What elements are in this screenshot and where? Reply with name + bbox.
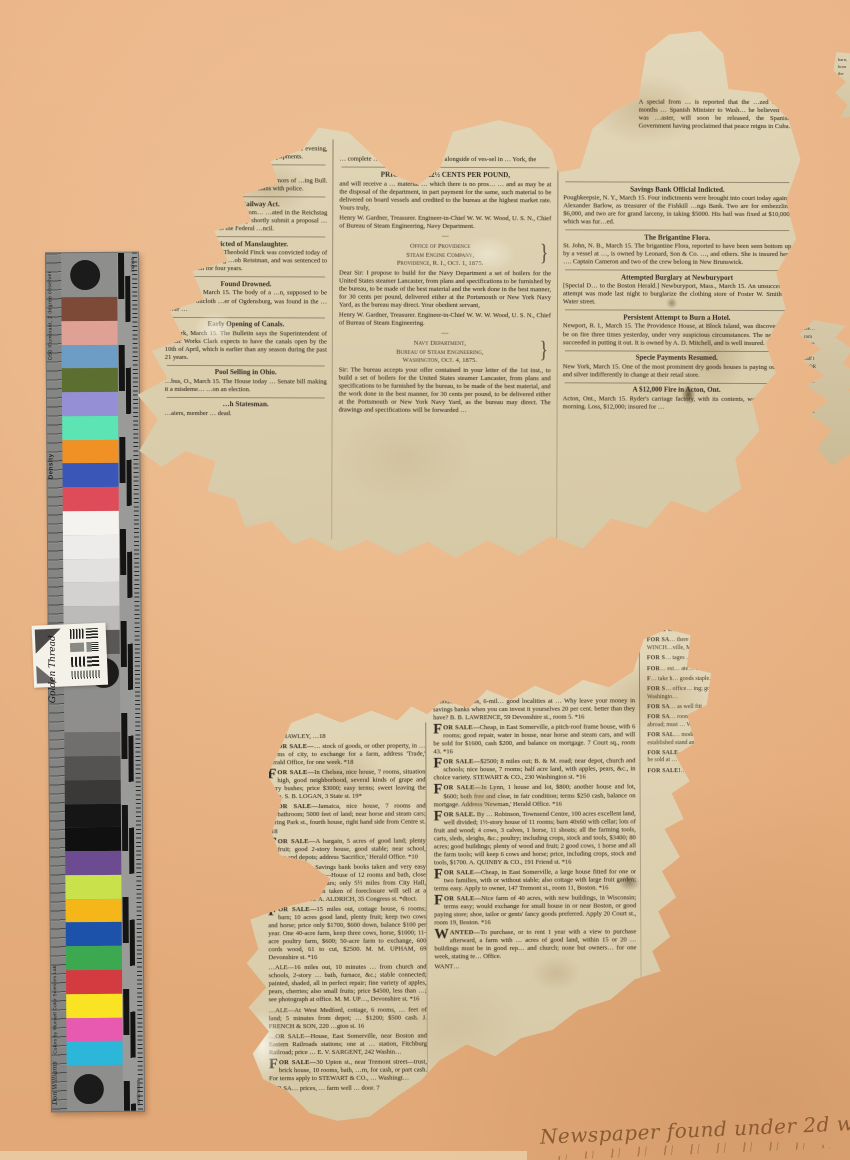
- brace-glyph: }: [540, 336, 548, 365]
- article-body: Sir: The bureau accepts your offer conta…: [339, 367, 551, 416]
- article: Office of ProvidenceSteam Engine Company…: [339, 243, 551, 268]
- drop-cap: F: [434, 811, 443, 822]
- article-body: St. John, N. B., March 15. The brigantin…: [563, 242, 791, 267]
- article-body: Henry W. Gardner, Treasurer. Engineer-in…: [339, 215, 551, 232]
- news-column-right: Savings Bank Official Indicted.Poughkeep…: [563, 178, 792, 414]
- text-fragment: price: [804, 371, 850, 379]
- newspaper-fragment-sliver: Ge…romris sein behalf t—ORpriceWa…Fboun……: [792, 320, 850, 466]
- ad-lead: OR SALE—: [443, 785, 481, 792]
- article: Specie Payments Resumed.New York, March …: [563, 350, 791, 380]
- article: Attempted Burglary at Newburyport[Specia…: [563, 270, 791, 308]
- text-fragment: the: [838, 70, 850, 77]
- article-body: FOR SA… prices, … farm well … door. 7: [269, 1084, 427, 1093]
- registration-dot-bottom: [74, 1074, 104, 1104]
- ad-lead: OR SALE—: [278, 906, 317, 913]
- color-swatch: [61, 297, 118, 321]
- article-body: FOR SALE—Nice farm of 40 acres, with new…: [434, 894, 636, 927]
- color-calibration-ruler: D50 Illuminant, 2 degree observer Densit…: [45, 252, 145, 1113]
- text-fragment: rom: [804, 334, 850, 342]
- article: …OR SALE—House, East Somerville, near Bo…: [269, 1032, 427, 1057]
- section-dash: —: [339, 233, 551, 241]
- dateline-block: Office of ProvidenceSteam Engine Company…: [339, 243, 541, 268]
- color-swatch: [66, 922, 123, 946]
- drop-cap: F: [434, 785, 443, 796]
- ruler-illuminant-label: D50 Illuminant, 2 degree observer: [47, 271, 54, 360]
- resolution-target: [32, 622, 109, 687]
- text-fragment: Ge…: [804, 326, 850, 334]
- article: WANT…: [434, 963, 636, 972]
- article: FOR SA… prices, … farm well … door. 7: [269, 1084, 427, 1093]
- article: —: [339, 233, 551, 241]
- color-swatch: [65, 827, 122, 851]
- ad-lead: OR SALE—: [277, 769, 314, 776]
- color-swatch: [66, 970, 123, 994]
- article-body: FOR SALE—Cheap, in East Somerville, a pi…: [433, 723, 635, 756]
- color-swatch: [65, 756, 122, 780]
- color-swatch: [63, 582, 120, 606]
- article-headline: PRICE TO BE 22½ CENTS PER POUND,: [341, 167, 549, 180]
- text-fragment: F: [804, 386, 850, 394]
- text-fragment: half t: [804, 356, 850, 364]
- text-fragment: hom: [838, 63, 850, 70]
- article: The Brigantine Flora.St. John, N. B., Ma…: [563, 229, 791, 267]
- newspaper-fragment-bottom: R. A. HAWLEY, …18FOR SALE—… stock of goo…: [227, 621, 795, 1126]
- newspaper-fragment-bit: barn,homthe: [830, 52, 850, 118]
- classified-ad: FOR SALE—Nice farm of 40 acres, with new…: [434, 894, 636, 927]
- classified-ad: FOR SALE—$2500; 8 miles out; B. & M. roa…: [433, 758, 635, 783]
- color-swatch: [67, 1041, 124, 1065]
- color-swatch: [65, 851, 122, 875]
- article: Found Drowned.Ottawa, Ont., March 15. Th…: [165, 276, 327, 314]
- column-rule: [639, 629, 642, 981]
- article: …ALE—At West Medford, cottage, 6 rooms, …: [269, 1006, 427, 1031]
- article-body: WANT…: [434, 963, 636, 972]
- news-column-middle: … complete …ost convenient for …red alon…: [339, 156, 552, 418]
- article-headline: Attempted Burglary at Newburyport: [565, 270, 789, 283]
- ad-lead: FOR: [647, 666, 660, 672]
- ad-lead: FOR SA: [647, 704, 670, 710]
- ad-lead: OR SALE—: [443, 758, 480, 765]
- article: A special from … is reported that the …z…: [639, 99, 791, 132]
- brace-glyph: }: [540, 239, 548, 268]
- color-swatch: [62, 344, 119, 368]
- article-headline: The Brigantine Flora.: [565, 230, 789, 243]
- text-fragment: …nder: [679, 37, 779, 46]
- article-body: Newport, R. I., March 15. The Providence…: [563, 323, 791, 348]
- ad-lead: FOR SA: [647, 715, 670, 721]
- color-swatch: [62, 463, 119, 487]
- article-body: FOR SALE—… stock of goods, or other prop…: [267, 742, 425, 767]
- classified-ad: FOR SALE—Cheap, in East Somerville, a la…: [434, 868, 636, 893]
- ad-lead: FOR SA: [647, 638, 670, 644]
- drop-cap: F: [268, 838, 277, 849]
- article-body: FOR SALE. By … Robinson, Townsend Centre…: [434, 810, 636, 867]
- ad-lead: OR SALE—: [279, 1059, 317, 1066]
- article: A $12,000 Fire in Acton, Ont.Acton, Ont.…: [563, 382, 791, 412]
- classified-ad: FOR SALE—30 Upton st., near Tremont stre…: [269, 1058, 427, 1083]
- article-headline: Specie Payments Resumed.: [565, 350, 789, 363]
- article-body: …March 15. The Minister of Com… …ated in…: [165, 209, 327, 234]
- article-body: FOR SALE—15 miles out, cottage house, 6 …: [268, 905, 426, 962]
- classified-ad-fragment: F… take h… goods staple… you'll like i…: [647, 675, 773, 683]
- article-body: …ALE—16 miles out, 10 minutes … from chu…: [268, 964, 426, 1005]
- drop-cap: F: [434, 869, 443, 880]
- article: Persistent Attempt to Burn a Hotel.Newpo…: [563, 310, 791, 348]
- color-swatch: [64, 708, 121, 732]
- article-body: and will receive a … material … which th…: [339, 181, 551, 214]
- article: …ALE—16 miles out, 10 minutes … from chu…: [268, 964, 426, 1005]
- article-body: …house 9 rooms, 6-mil… good localities a…: [433, 697, 635, 722]
- classified-ad: FOR SALE—Cheap, in East Somerville, a pi…: [433, 723, 635, 756]
- article-headline: Found Drowned.: [167, 276, 325, 289]
- ad-lead: OR SALE—: [278, 838, 316, 845]
- color-swatch: [66, 946, 123, 970]
- text-fragment: …e cause.: [679, 71, 779, 80]
- ad-lead: OR SALE—: [444, 895, 481, 902]
- ad-lead: SON & CO., 2 9.: [647, 627, 692, 633]
- drop-cap: F: [268, 906, 277, 917]
- article-body: …rch 15. A special from …ere are new rum…: [165, 177, 327, 194]
- article: … complete …ost convenient for …red alon…: [339, 156, 551, 165]
- classified-ad-fragment: FOR S… tages … stock, ho… st., Bas…: [647, 655, 773, 663]
- text-fragment: in be: [804, 349, 850, 357]
- dateline-block: Navy Department,Bureau of Steam Engineer…: [339, 340, 541, 365]
- registration-dot-top: [70, 260, 100, 290]
- color-swatch: [63, 535, 120, 559]
- article-headline: Pool Selling in Ohio.: [167, 365, 325, 378]
- text-fragment: ris se: [804, 341, 850, 349]
- color-swatch: [61, 321, 118, 345]
- ad-lead: F: [647, 676, 651, 682]
- text-fragment: …s of 2): [679, 62, 779, 71]
- color-swatch: [65, 875, 122, 899]
- news-column-left: …arch 15. …chet. …rd Companies I s… …ent…: [165, 145, 328, 421]
- article: …house 9 rooms, 6-mil… good localities a…: [433, 697, 635, 722]
- ad-lead: FOR SAL: [647, 732, 674, 738]
- article-body: …arch 15. …chet. …rd Companies I s… …ent…: [165, 145, 327, 162]
- drop-cap: F: [269, 1059, 278, 1070]
- article: Navy Department,Bureau of Steam Engineer…: [339, 340, 551, 365]
- photo-bottom-edge: [0, 1151, 527, 1160]
- article-body: FOR SALE—30 Upton st., near Tremont stre…: [269, 1058, 427, 1083]
- ad-lead: FOR SALE!: [647, 768, 680, 774]
- article-headline: …g Bull.: [167, 164, 325, 177]
- article: Henry W. Gardner, Treasurer. Engineer-in…: [339, 312, 551, 329]
- article: …h Statesman.…aiers, member … dead.: [165, 397, 327, 419]
- article-body: Poughkeepsie, N. Y., March 15. Four indi…: [563, 194, 791, 227]
- color-swatch: [66, 1017, 123, 1041]
- article-headline: Persistent Attempt to Burn a Hotel.: [565, 310, 789, 323]
- article-body: New York, March 15. One of the most prom…: [563, 363, 791, 380]
- color-swatch: [64, 732, 121, 756]
- article: Convicted of Manslaughter.New York, Marc…: [165, 236, 327, 274]
- classified-ad-fragment: FOR SALE!… good sit… low. A… o'cho…: [647, 767, 773, 775]
- drop-cap: W: [434, 930, 449, 941]
- classified-ad-fragment: FOR SALE—$3… location; rooms all… rent; …: [647, 749, 773, 764]
- article-body: A special from … is reported that the …z…: [639, 99, 791, 132]
- text-fragment: the th: [804, 401, 850, 409]
- article: and will receive a … material … which th…: [339, 181, 551, 214]
- article: Dear Sir: I propose to build for the Nav…: [339, 270, 551, 311]
- color-swatch: [63, 511, 120, 535]
- article-body: FOR SALE—A bargain, 5 acres of good land…: [268, 837, 426, 862]
- color-swatch: [62, 368, 119, 392]
- ad-lead: OR SALE—: [278, 864, 315, 871]
- drop-cap: F: [433, 759, 442, 770]
- ruler-centimeters-label: centimeters: [136, 1080, 142, 1106]
- article-body: FOR SALE—Cheap, in East Somerville, a la…: [434, 868, 636, 893]
- text-fragment: barn,: [838, 56, 850, 63]
- color-swatch: [65, 780, 122, 804]
- color-swatch: [62, 440, 119, 464]
- classified-ad-fragment: FOR SA… there is. I… store; on m… H. F. …: [647, 637, 773, 652]
- article-body: WANTED—To purchase, or to rent 1 year wi…: [434, 929, 636, 962]
- ad-lead: ANTED—: [450, 929, 481, 936]
- article-body: New York, March 15. Theobold Finck was c…: [165, 249, 327, 274]
- article: Savings Bank Official Indicted.Poughkeep…: [563, 181, 791, 227]
- classifieds-column-left: R. A. HAWLEY, …18FOR SALE—… stock of goo…: [267, 732, 427, 1095]
- text-fragment: …fall-: [679, 45, 779, 54]
- ad-lead: OR SALE.: [444, 811, 476, 818]
- ad-lead: OR SALE—: [444, 869, 481, 876]
- article-body: …aiers, member … dead.: [165, 410, 327, 419]
- text-fragment: room: [804, 409, 850, 417]
- article: Henry W. Gardner, Treasurer. Engineer-in…: [339, 215, 551, 232]
- drop-cap: F: [434, 895, 443, 906]
- color-swatch: [62, 416, 119, 440]
- drop-cap: F: [267, 743, 276, 754]
- classified-ad-fragment: FOR SA… as well fitt…ing business, s…: [647, 704, 773, 712]
- classified-ad: FOR SALE—In Chelsea, nice house, 7 rooms…: [267, 769, 425, 802]
- article-body: R. A. HAWLEY, …18: [267, 732, 425, 741]
- article-headline: Savings Bank Official Indicted.: [565, 181, 789, 194]
- archival-photo: D50 Illuminant, 2 degree observer Densit…: [0, 0, 850, 1160]
- text-fragment: …of the: [679, 54, 779, 63]
- article-body: Dear Sir: I propose to build for the Nav…: [339, 270, 551, 311]
- dateline-line: Providence, R. I., Oct. 1, 1875.: [339, 259, 541, 268]
- color-swatch: [63, 487, 120, 511]
- classified-ad: FOR SALE—Savings bank books taken and ve…: [268, 863, 426, 904]
- classified-ad-fragment: FOR SA… rooms, furn… regular custome… ab…: [647, 714, 773, 729]
- ruler-signature: Don Williams: [51, 1062, 59, 1106]
- classified-ad: FOR SALE—15 miles out, cottage house, 6 …: [268, 905, 426, 962]
- color-swatch: [66, 898, 123, 922]
- column-rule: [556, 168, 558, 540]
- ruler-brand-label: Golden Thread: [48, 635, 58, 703]
- classifieds-column-middle: …house 9 rooms, 6-mil… good localities a…: [433, 697, 636, 974]
- article: Early Opening of Canals.… York, March 15…: [165, 317, 327, 363]
- newspaper-fragment-top: …nder…fall-…of the…s of 2)…e cause. A sp…: [132, 27, 816, 567]
- article-body: [Special D… to the Boston Herald.] Newbu…: [563, 283, 791, 308]
- classified-ad: FOR SALE—… stock of goods, or other prop…: [267, 742, 425, 767]
- drop-cap: F: [433, 724, 442, 735]
- classified-ad: FOR SALE. By … Robinson, Townsend Centre…: [434, 810, 636, 867]
- classified-ad-fragment: FOR… est… ate… of…: [647, 665, 773, 673]
- text-fragment: boun…: [804, 394, 850, 402]
- color-swatch: [62, 392, 119, 416]
- article-body: …ALE—At West Medford, cottage, 6 rooms, …: [269, 1006, 427, 1031]
- color-swatch: [66, 994, 123, 1018]
- ad-lead: FOR S: [647, 655, 665, 661]
- classified-ad: WANTED—To purchase, or to rent 1 year wi…: [434, 929, 636, 962]
- dateline-line: Washington, Oct. 4, 1875.: [339, 356, 541, 365]
- article-headline: Imperial Railway Act.: [167, 196, 325, 209]
- article-headline: Early Opening of Canals.: [167, 317, 325, 330]
- article-body: … complete …ost convenient for …red alon…: [339, 156, 551, 165]
- section-dash: —: [339, 330, 551, 338]
- torn-corner-text: …nder…fall-…of the…s of 2)…e cause.: [679, 37, 779, 80]
- text-fragment: Wa…: [804, 379, 850, 387]
- text-fragment: —OR: [804, 364, 850, 372]
- article-body: FOR SALE—Savings bank books taken and ve…: [268, 863, 426, 904]
- classified-ad-fragment: SON & CO., 2 9.*16: [647, 627, 773, 635]
- classified-ad: FOR SALE—Jamaica, nice house, 7 rooms an…: [268, 803, 426, 836]
- article: …arch 15. …chet. …rd Companies I s… …ent…: [165, 145, 327, 162]
- ruler-density-label: Density: [48, 453, 54, 479]
- article-body: FOR SALE—In Lynn, 1 house and lot, $800;…: [434, 784, 636, 809]
- article-headline: …h Statesman.: [167, 397, 325, 410]
- article-body: Ottawa, Ont., March 15. The body of a …n…: [165, 289, 327, 314]
- classified-ad: FOR SALE—In Lynn, 1 house and lot, $800;…: [434, 784, 636, 809]
- article-body: FOR SALE—Jamaica, nice house, 7 rooms an…: [268, 803, 426, 836]
- classifieds-column-right: SON & CO., 2 9.*16FOR SA… there is. I… s…: [647, 627, 774, 779]
- article: Sir: The bureau accepts your offer conta…: [339, 367, 551, 416]
- classified-ad-fragment: FOR SAL… modern built, first-cl… old-est…: [647, 732, 773, 747]
- article: PRICE TO BE 22½ CENTS PER POUND,: [339, 167, 551, 180]
- ruler-munsell-label: Colors by Munsell Color Sciences Lab: [52, 965, 58, 1053]
- classified-ad-fragment: FOR S… office… ing; good… only $200… Was…: [647, 686, 773, 701]
- handwritten-annotation: Newspaper found under 2d wall: [539, 1111, 850, 1160]
- column-rule: [331, 140, 333, 540]
- article-headline: Convicted of Manslaughter.: [167, 236, 325, 249]
- resolution-bars-icon: [70, 628, 102, 681]
- color-swatch: [65, 803, 122, 827]
- ad-lead: FOR SALE: [647, 750, 678, 756]
- article-body: …OR SALE—House, East Somerville, near Bo…: [269, 1032, 427, 1057]
- article-body: …bus, O., March 15. The House today … Se…: [165, 378, 327, 395]
- ad-lead: OR SALE—: [443, 724, 480, 731]
- article-body: Acton, Ont., March 15. Ryder's carriage …: [563, 395, 791, 412]
- article-body: … York, March 15. The Bulletin says the …: [165, 330, 327, 363]
- article: Imperial Railway Act.…March 15. The Mini…: [165, 196, 327, 234]
- article: —: [339, 330, 551, 338]
- ad-lead: FOR S: [647, 686, 665, 692]
- drop-cap: F: [268, 864, 277, 875]
- news-column-extension: A special from … is reported that the …z…: [639, 99, 791, 134]
- drop-cap: F: [268, 804, 277, 815]
- classified-ad: FOR SALE—A bargain, 5 acres of good land…: [268, 837, 426, 862]
- drop-cap: F: [267, 769, 276, 780]
- article-body: Henry W. Gardner, Treasurer. Engineer-in…: [339, 312, 551, 329]
- ad-lead: OR SALE—: [277, 803, 318, 810]
- color-swatch: [63, 558, 120, 582]
- article-body: FOR SALE—In Chelsea, nice house, 7 rooms…: [267, 769, 425, 802]
- ad-lead: OR SALE—: [277, 743, 314, 750]
- article: Pool Selling in Ohio.…bus, O., March 15.…: [165, 365, 327, 395]
- article-headline: A $12,000 Fire in Acton, Ont.: [565, 382, 789, 395]
- article-body: FOR SALE—$2500; 8 miles out; B. & M. roa…: [433, 758, 635, 783]
- article: …g Bull.…rch 15. A special from …ere are…: [165, 164, 327, 194]
- article: R. A. HAWLEY, …18: [267, 732, 425, 741]
- ruler-inches-label: inches: [130, 258, 136, 272]
